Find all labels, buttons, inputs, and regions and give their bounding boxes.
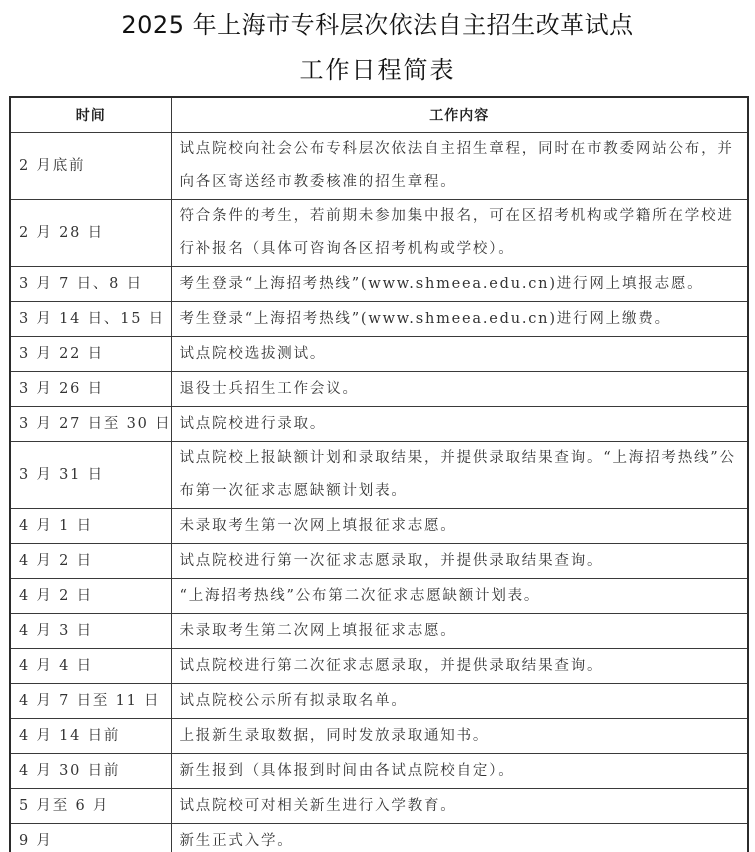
- content-cell: 未录取考生第二次网上填报征求志愿。: [171, 614, 748, 649]
- time-cell: 3 月 14 日、15 日: [10, 302, 171, 337]
- time-cell: 5 月至 6 月: [10, 789, 171, 824]
- table-row: 2 月 28 日 符合条件的考生，若前期未参加集中报名，可在区招考机构或学籍所在…: [10, 200, 748, 267]
- table-row: 4 月 2 日 试点院校进行第一次征求志愿录取，并提供录取结果查询。: [10, 544, 748, 579]
- content-cell: 试点院校进行录取。: [171, 407, 748, 442]
- time-cell: 2 月 28 日: [10, 200, 171, 267]
- time-cell: 3 月 27 日至 30 日: [10, 407, 171, 442]
- content-cell: 试点院校公示所有拟录取名单。: [171, 684, 748, 719]
- content-cell: 试点院校进行第一次征求志愿录取，并提供录取结果查询。: [171, 544, 748, 579]
- content-cell: 试点院校选拔测试。: [171, 337, 748, 372]
- time-cell: 4 月 7 日至 11 日: [10, 684, 171, 719]
- time-cell: 9 月: [10, 824, 171, 852]
- table-row: 3 月 27 日至 30 日 试点院校进行录取。: [10, 407, 748, 442]
- time-cell: 4 月 14 日前: [10, 719, 171, 754]
- time-cell: 4 月 3 日: [10, 614, 171, 649]
- table-row: 4 月 30 日前 新生报到（具体报到时间由各试点院校自定）。: [10, 754, 748, 789]
- document-subtitle: 工作日程简表: [0, 53, 755, 87]
- table-row: 3 月 22 日 试点院校选拔测试。: [10, 337, 748, 372]
- time-cell: 3 月 31 日: [10, 442, 171, 509]
- content-cell: 考生登录“上海招考热线”(www.shmeea.edu.cn)进行网上填报志愿。: [171, 267, 748, 302]
- content-cell: 新生报到（具体报到时间由各试点院校自定）。: [171, 754, 748, 789]
- table-row: 3 月 31 日 试点院校上报缺额计划和录取结果，并提供录取结果查询。“上海招考…: [10, 442, 748, 509]
- table-row: 2 月底前 试点院校向社会公布专科层次依法自主招生章程，同时在市教委网站公布，并…: [10, 133, 748, 200]
- table-row: 4 月 4 日 试点院校进行第二次征求志愿录取，并提供录取结果查询。: [10, 649, 748, 684]
- table-row: 3 月 26 日 退役士兵招生工作会议。: [10, 372, 748, 407]
- table-row: 4 月 14 日前 上报新生录取数据，同时发放录取通知书。: [10, 719, 748, 754]
- content-cell: 试点院校向社会公布专科层次依法自主招生章程，同时在市教委网站公布，并向各区寄送经…: [171, 133, 748, 200]
- schedule-table: 时间 工作内容 2 月底前 试点院校向社会公布专科层次依法自主招生章程，同时在市…: [9, 96, 749, 852]
- content-cell: 试点院校进行第二次征求志愿录取，并提供录取结果查询。: [171, 649, 748, 684]
- table-row: 9 月 新生正式入学。: [10, 824, 748, 852]
- time-cell: 4 月 30 日前: [10, 754, 171, 789]
- content-cell: 试点院校上报缺额计划和录取结果，并提供录取结果查询。“上海招考热线”公布第一次征…: [171, 442, 748, 509]
- content-cell: 考生登录“上海招考热线”(www.shmeea.edu.cn)进行网上缴费。: [171, 302, 748, 337]
- time-cell: 3 月 26 日: [10, 372, 171, 407]
- time-cell: 4 月 2 日: [10, 544, 171, 579]
- content-cell: “上海招考热线”公布第二次征求志愿缺额计划表。: [171, 579, 748, 614]
- table-row: 4 月 1 日 未录取考生第一次网上填报征求志愿。: [10, 509, 748, 544]
- table-row: 4 月 7 日至 11 日 试点院校公示所有拟录取名单。: [10, 684, 748, 719]
- table-row: 4 月 3 日 未录取考生第二次网上填报征求志愿。: [10, 614, 748, 649]
- time-cell: 2 月底前: [10, 133, 171, 200]
- content-cell: 新生正式入学。: [171, 824, 748, 852]
- time-cell: 3 月 22 日: [10, 337, 171, 372]
- content-cell: 退役士兵招生工作会议。: [171, 372, 748, 407]
- time-cell: 3 月 7 日、8 日: [10, 267, 171, 302]
- time-cell: 4 月 2 日: [10, 579, 171, 614]
- content-cell: 试点院校可对相关新生进行入学教育。: [171, 789, 748, 824]
- table-row: 3 月 14 日、15 日 考生登录“上海招考热线”(www.shmeea.ed…: [10, 302, 748, 337]
- table-row: 5 月至 6 月 试点院校可对相关新生进行入学教育。: [10, 789, 748, 824]
- table-header-row: 时间 工作内容: [10, 97, 748, 133]
- table-row: 3 月 7 日、8 日 考生登录“上海招考热线”(www.shmeea.edu.…: [10, 267, 748, 302]
- header-content: 工作内容: [171, 97, 748, 133]
- document-title: 2025 年上海市专科层次依法自主招生改革试点: [0, 8, 755, 42]
- content-cell: 未录取考生第一次网上填报征求志愿。: [171, 509, 748, 544]
- time-cell: 4 月 1 日: [10, 509, 171, 544]
- time-cell: 4 月 4 日: [10, 649, 171, 684]
- header-time: 时间: [10, 97, 171, 133]
- content-cell: 上报新生录取数据，同时发放录取通知书。: [171, 719, 748, 754]
- table-row: 4 月 2 日 “上海招考热线”公布第二次征求志愿缺额计划表。: [10, 579, 748, 614]
- content-cell: 符合条件的考生，若前期未参加集中报名，可在区招考机构或学籍所在学校进行补报名（具…: [171, 200, 748, 267]
